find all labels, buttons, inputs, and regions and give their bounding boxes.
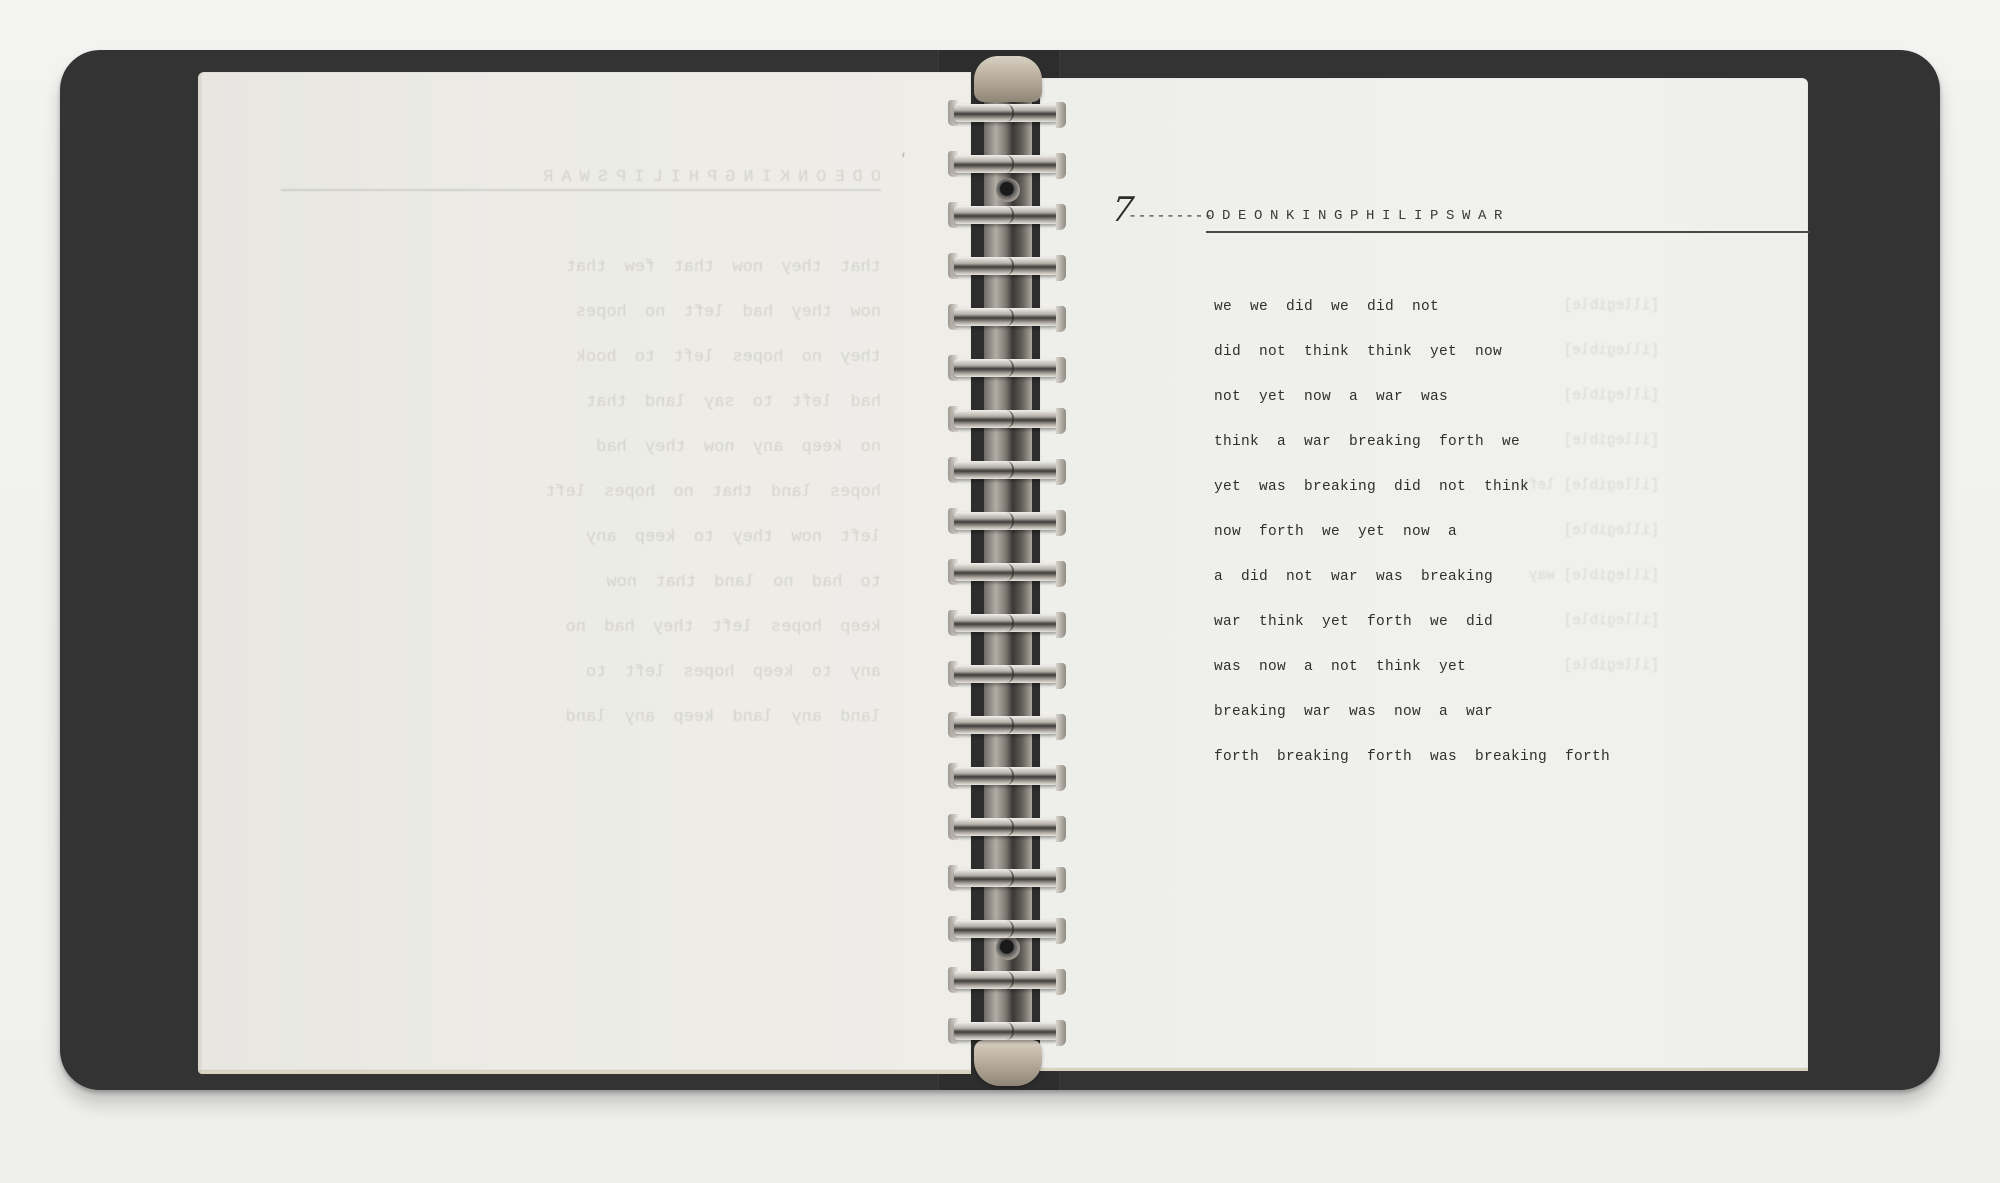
binding-ring [948,967,1068,993]
poem-body: we we did we did not did not think think… [1214,298,1610,793]
page-header: 7 --------- ODEONKINGPHILIPSWAR [1112,198,1812,238]
bleed-through-line: had left to say land that [545,393,881,438]
poem-line: a did not war was breaking [1214,568,1610,613]
binding-ring [948,151,1068,177]
binding-ring [948,406,1068,432]
bleed-through-line: they no hopes left to book [545,348,881,393]
binding-ring [948,559,1068,585]
binding-ring [948,814,1068,840]
rivet-icon [996,178,1020,202]
poem-line: war think yet forth we did [1214,613,1610,658]
comb-binding [948,56,1068,1086]
poem-line: breaking war was now a war [1214,703,1610,748]
left-page: ‘ ODEONKINGPHILIPSWAR that they now that… [198,72,971,1074]
binding-ring [948,253,1068,279]
bleed-through-line: that they now that few that [545,258,881,303]
dash-leader: --------- [1128,208,1214,225]
bleed-through-line: left now they to keep any [545,528,881,573]
binding-ring [948,661,1068,687]
bleed-through-line: any to keep hopes left to [545,663,881,708]
poem-line: was now a not think yet [1214,658,1610,703]
bleed-through-line: keep hopes left they had no [545,618,881,663]
page-title: ODEONKINGPHILIPSWAR [1206,208,1510,224]
poem-line: now forth we yet now a [1214,523,1610,568]
bleed-through-line: to had no land that now [545,573,881,618]
bleed-through-line: hopes land that no hopes left [545,483,881,528]
binding-ring [948,865,1068,891]
poem-line: forth breaking forth was breaking forth [1214,748,1610,793]
poem-line: we we did we did not [1214,298,1610,343]
binding-end-cap-bottom [974,1040,1042,1086]
poem-line: not yet now a war was [1214,388,1610,433]
bleed-through-heading: ODEONKINGPHILIPSWAR [281,168,881,191]
binding-ring [948,916,1068,942]
bleed-through-line: land any land keep any land [545,708,881,753]
binding-end-cap-top [974,56,1042,102]
bleed-through-text: ODEONKINGPHILIPSWAR that they now that f… [201,72,971,1070]
poem-line: yet was breaking did not think [1214,478,1610,523]
binding-ring [948,355,1068,381]
binding-ring [948,610,1068,636]
title-underline [1206,231,1810,233]
bleed-through-line: now they had left no hopes [545,303,881,348]
binding-ring [948,304,1068,330]
bleed-through-line: no keep any now they had [545,438,881,483]
binding-ring [948,508,1068,534]
binding-ring [948,763,1068,789]
right-page: 7 --------- ODEONKINGPHILIPSWAR [illegib… [1040,78,1808,1071]
binding-ring [948,1018,1068,1044]
photo-stage: ‘ ODEONKINGPHILIPSWAR that they now that… [0,0,2000,1183]
poem-line: did not think think yet now [1214,343,1610,388]
binding-ring [948,457,1068,483]
binding-ring [948,100,1068,126]
binding-ring [948,712,1068,738]
binding-ring [948,202,1068,228]
bleed-through-lines: that they now that few that now they had… [545,258,881,753]
poem-line: think a war breaking forth we [1214,433,1610,478]
